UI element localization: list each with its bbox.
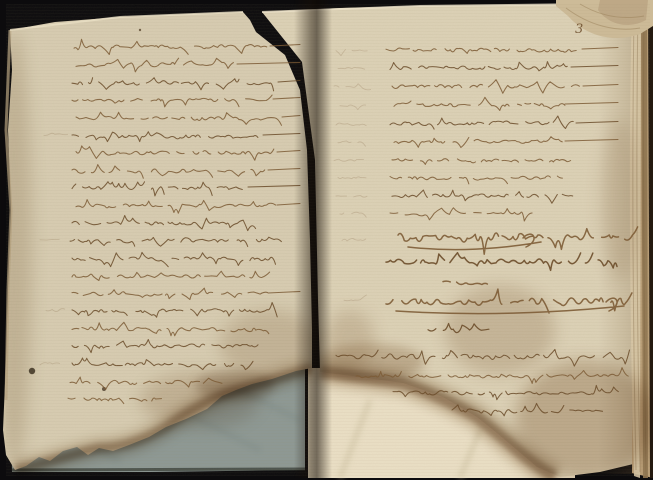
- manuscript-scan: 3: [0, 0, 653, 480]
- ink-speck: [139, 29, 141, 31]
- ink-speck: [29, 368, 35, 374]
- handwritten-line: [40, 239, 59, 240]
- edge-browning: [600, 120, 640, 280]
- page-number: 3: [575, 22, 583, 37]
- gutter-shadow: [294, 0, 332, 478]
- manuscript-image: 3: [0, 0, 653, 480]
